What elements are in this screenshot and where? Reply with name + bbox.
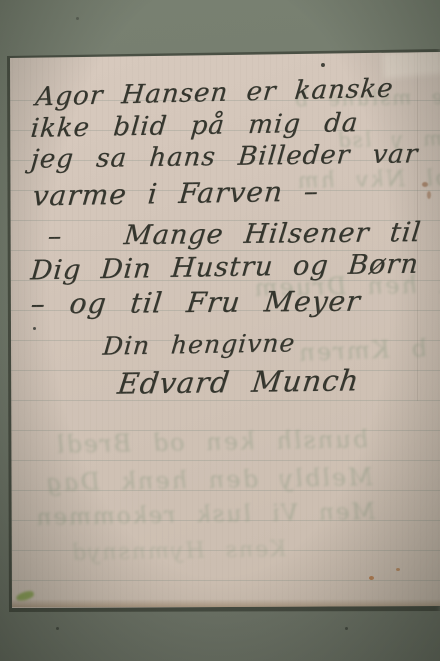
ink-speck <box>33 327 36 330</box>
ghost-show-through-line: Melbly den henk Dag <box>43 463 374 497</box>
handwriting-line-5: – Mange Hilsener til <box>46 217 423 252</box>
ghost-show-through-line: bunslh ken od Bredl <box>54 425 370 458</box>
foxing-spot <box>427 191 431 199</box>
handwriting-line-3: jeg sa hans Billeder var <box>29 139 419 174</box>
ink-speck <box>321 63 325 67</box>
ghost-show-through-line: Kens Hymnsnyd <box>69 537 287 566</box>
backdrop-speck <box>56 627 59 630</box>
handwriting-line-2: ikke blid på mig da <box>29 108 359 144</box>
foxing-spot <box>422 182 428 187</box>
backdrop-speck <box>76 17 79 20</box>
paper-bottom-edge <box>0 599 440 607</box>
closing-line: Din hengivne <box>102 328 297 360</box>
signature-line: Edvard Munch <box>116 363 362 400</box>
letter-photograph: he mslune b Prm y lsd Med bl Nkv hm lsk … <box>0 0 440 661</box>
foxing-spot <box>396 568 400 571</box>
backdrop-speck <box>345 627 348 630</box>
letter-paper: he mslune b Prm y lsd Med bl Nkv hm lsk … <box>0 0 440 661</box>
handwriting-line-7: – og til Fru Meyer <box>29 285 363 321</box>
foxing-spot <box>369 576 374 580</box>
handwriting-line-4: varme i Farven – <box>31 175 320 213</box>
